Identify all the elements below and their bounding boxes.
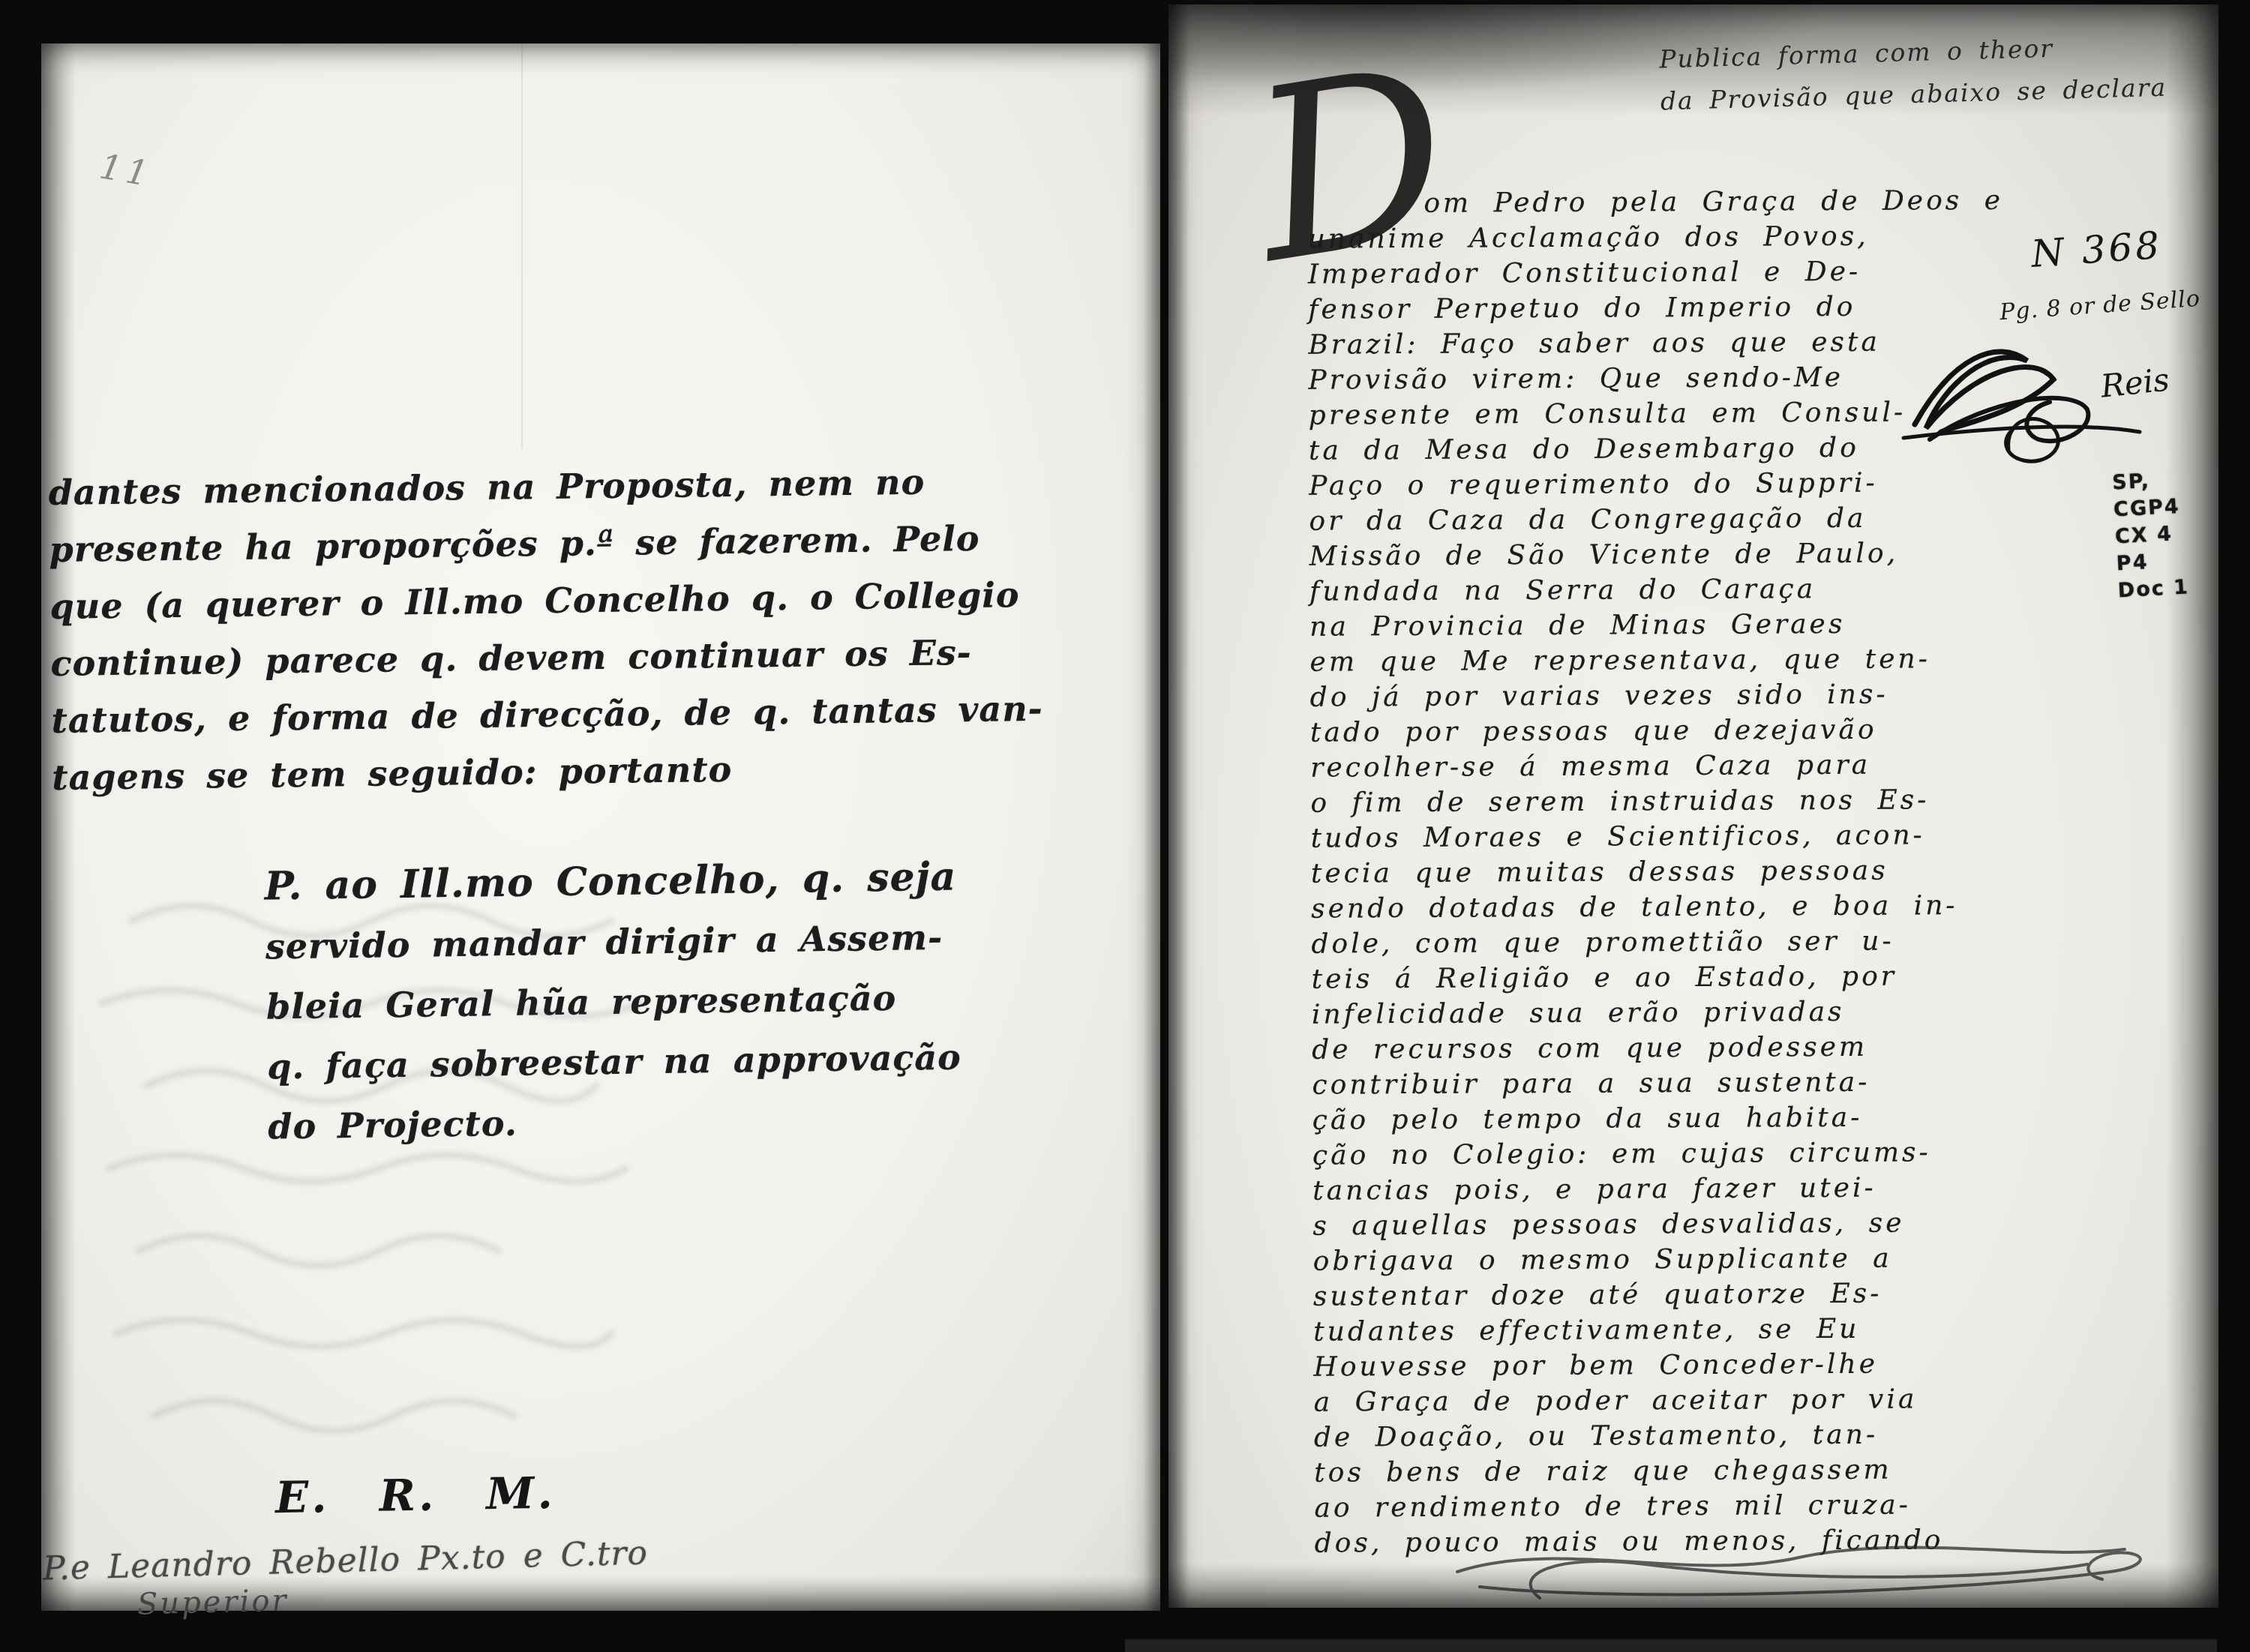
manuscript-text-line: de Doação, ou Testamento, tan- (1314, 1416, 2071, 1455)
manuscript-text-line: tos bens de raiz que chegassem (1314, 1451, 2071, 1490)
manuscript-text-line: ção no Colegio: em cujas circums- (1312, 1134, 2070, 1173)
page-number-pencil: 11 (97, 145, 156, 194)
manuscript-text-line: Houvesse por bem Conceder-lhe (1313, 1345, 2071, 1384)
manuscript-text-line: na Provincia de Minas Geraes (1309, 605, 2067, 644)
manuscript-text-line: de recursos com que podessem (1312, 1028, 2069, 1067)
manuscript-text-line: om Pedro pela Graça de Deos e (1307, 182, 2065, 221)
manuscript-text-line: tudos Moraes e Scientificos, acon- (1311, 817, 2068, 856)
paper-fold-line (521, 43, 523, 448)
left-page: 11 dantes mencionados na Proposta, nem n… (41, 43, 1160, 1611)
manuscript-text-line: fundada na Serra do Caraça (1309, 570, 2067, 609)
manuscript-text-line: fensor Perpetuo do Imperio do (1308, 288, 2065, 327)
manuscript-text-line: em que Me representava, que ten- (1309, 640, 2067, 679)
manuscript-text-line: tudantes effectivamente, se Eu (1313, 1310, 2071, 1349)
page-edge-shadow (41, 43, 76, 1611)
manuscript-text-line: sustentar doze até quatorze Es- (1313, 1275, 2071, 1314)
page-edge-shadow (2166, 4, 2218, 1608)
gutter-shadow (1168, 4, 1189, 1608)
attestation-header: Publica forma com o theorda Provisão que… (1659, 25, 2167, 123)
manuscript-text-line: do já por varias vezes sido ins- (1310, 676, 2068, 715)
manuscript-text-line: Imperador Constitucional e De- (1308, 253, 2065, 292)
scanner-bed-strip (1125, 1639, 2217, 1652)
rubric-name: Reis (2099, 361, 2171, 404)
page-edge-shadow (1144, 43, 1160, 1611)
manuscript-text-line: infelicidade sua erão privadas (1312, 993, 2069, 1032)
manuscript-text-line: tado por pessoas que dezejavão (1310, 711, 2068, 750)
manuscript-text-line: teis á Religião e ao Estado, por (1312, 958, 2069, 997)
manuscript-text-line: tecia que muitas dessas pessoas (1311, 852, 2068, 891)
manuscript-text-line: tancias pois, e para fazer utei- (1312, 1169, 2070, 1208)
manuscript-text-line: Missão de São Vicente de Paulo, (1309, 535, 2067, 574)
page-edge-shadow (41, 1576, 1160, 1611)
manuscript-text-line: s aquellas pessoas desvalidas, se (1312, 1204, 2070, 1243)
manuscript-text-line: o fim de serem instruidas nos Es- (1310, 781, 2068, 820)
manuscript-text-line: recolher-se á mesma Caza para (1310, 746, 2068, 785)
manuscript-text-line: sendo dotadas de talento, e boa in- (1311, 887, 2068, 926)
left-page-body-text: dantes mencionados na Proposta, nem nopr… (48, 451, 1154, 806)
manuscript-text-line: contribuir para a sua sustenta- (1312, 1063, 2069, 1102)
manuscript-text-line: a Graça de poder aceitar por via (1314, 1381, 2071, 1420)
manuscript-scan: 11 dantes mencionados na Proposta, nem n… (0, 0, 2250, 1652)
right-page: Publica forma com o theorda Provisão que… (1168, 4, 2218, 1608)
page-edge-shadow (1168, 1563, 2218, 1608)
manuscript-text-line: obrigava o mesmo Supplicante a (1313, 1240, 2071, 1279)
ink-bleedthrough-ghost (41, 831, 829, 1543)
manuscript-text-line: unanime Acclamação dos Povos, (1307, 217, 2065, 256)
manuscript-text-line: dole, com que promettião ser u- (1311, 922, 2068, 961)
manuscript-text-line: or da Caza da Congregação da (1309, 499, 2066, 538)
margin-document-number: N 368 (2029, 223, 2164, 276)
manuscript-text-line: ao rendimento de tres mil cruza- (1314, 1486, 2071, 1525)
manuscript-text-line: ção pelo tempo da sua habita- (1312, 1099, 2070, 1138)
